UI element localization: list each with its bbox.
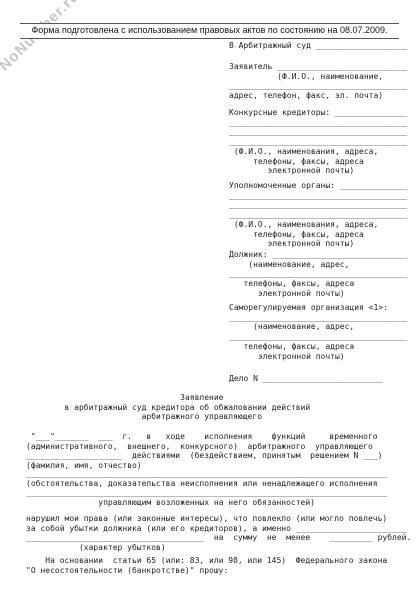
sro-field: Саморегулируемая организация <1>:_______… [229,303,407,361]
doc-line: (обстоятельства, доказательства неисполн… [26,479,387,489]
doc-line: телефоны, факсы, адреса [229,342,407,352]
doc-line: _____________________________________ [229,269,407,279]
doc-line: ________________________________________… [26,488,387,498]
doc-line: _____________________________________ [229,210,407,220]
form-notice-bar: Форма подготовлена с использованием прав… [20,23,399,39]
doc-line: _____________________________________ [229,118,407,128]
doc-line: адрес, телефон, факс, эл. почта) [229,91,407,101]
doc-line: электронной почты) [229,239,407,249]
doc-line: _____________________________________ [229,313,407,323]
doc-line: "О несостоятельности (банкротстве)" прош… [26,566,387,576]
case-number-field: Дело N _________________________ [229,374,383,384]
doc-line: (Ф.И.О., наименование, [229,72,407,82]
document-title: Заявление в арбитражный суд кредитора об… [26,393,310,422]
doc-line: Саморегулируемая организация <1>: [229,303,407,313]
doc-line: (Ф.И.О., наименования, адреса, [229,220,407,230]
doc-line: телефоны, факсы, адреса [229,157,407,167]
doc-line: в арбитражный суд кредитора об обжалован… [26,403,310,413]
doc-line: Должник: ____________________________ [229,250,407,260]
doc-line: _____________________________________ [229,137,407,147]
doc-line: _____________________________________ [229,191,407,201]
dolzhnik-field: Должник: ____________________________ (н… [229,250,407,299]
doc-line: управляющим возложенных на него обязанно… [26,498,387,508]
doc-line: _____________________________________ [229,127,407,137]
doc-line: электронной почты) [229,352,407,362]
doc-line: ____________________ действиями (бездейс… [26,451,382,461]
doc-line: электронной почты) [229,289,407,299]
body-paragraph-3: нарушил мои права (или законные интересы… [26,514,411,553]
doc-line: _____________________________________ [229,81,407,91]
doc-line: _____________________________________ [229,332,407,342]
form-notice-text: Форма подготовлена с использованием прав… [31,25,387,35]
doc-line: Заявление [26,393,310,403]
doc-line: нарушил мои права (или законные интересы… [26,514,411,524]
body-paragraph-4: На основании статьи 65 (или: 83, или 98,… [26,556,387,575]
doc-line: ________________________________________… [26,469,387,479]
document-page: NoNumber.ru Форма подготовлена с использ… [0,0,420,600]
doc-line: Конкурсные кредиторы: _______________ [229,108,407,118]
upolnomochennye-field: Уполномоченные органы: _________________… [229,181,407,249]
doc-line: _____________________________________ [229,200,407,210]
doc-line: (наименование, адрес, [229,322,407,332]
doc-line: телефоны, факсы, адреса [229,230,407,240]
doc-line: (наименование, адрес, [229,260,407,270]
doc-line: Уполномоченные органы: ______________ [229,181,407,191]
zayavitel-field: Заявитель ___________________________ (Ф… [229,62,407,101]
doc-line: арбитражного управляющего [26,412,310,422]
doc-line: электронной почты) [229,166,407,176]
doc-line: Заявитель ___________________________ [229,62,407,72]
doc-line: Дело N _________________________ [229,374,383,384]
court-field: В Арбитражный суд ___________________ [229,41,407,51]
doc-line: (административного, внешнего, конкурсног… [26,442,382,452]
doc-line: за собой убытки должника (или его кредит… [26,524,411,534]
konkursnye-field: Конкурсные кредиторы: __________________… [229,108,407,176]
body-paragraph-1: "___"_______ ___ г. в ходе исполнения фу… [26,432,382,471]
doc-line: "___"_______ ___ г. в ходе исполнения фу… [26,432,382,442]
doc-line: телефоны, факсы, адреса [229,279,407,289]
doc-line: (Ф.И.О., наименования, адреса, [229,147,407,157]
doc-line: _____________________________________ на… [26,533,411,543]
doc-line: (характер убытков) [26,543,411,553]
body-paragraph-2: ________________________________________… [26,469,387,508]
doc-line: На основании статьи 65 (или: 83, или 98,… [26,556,387,566]
doc-line: В Арбитражный суд ___________________ [229,41,407,51]
